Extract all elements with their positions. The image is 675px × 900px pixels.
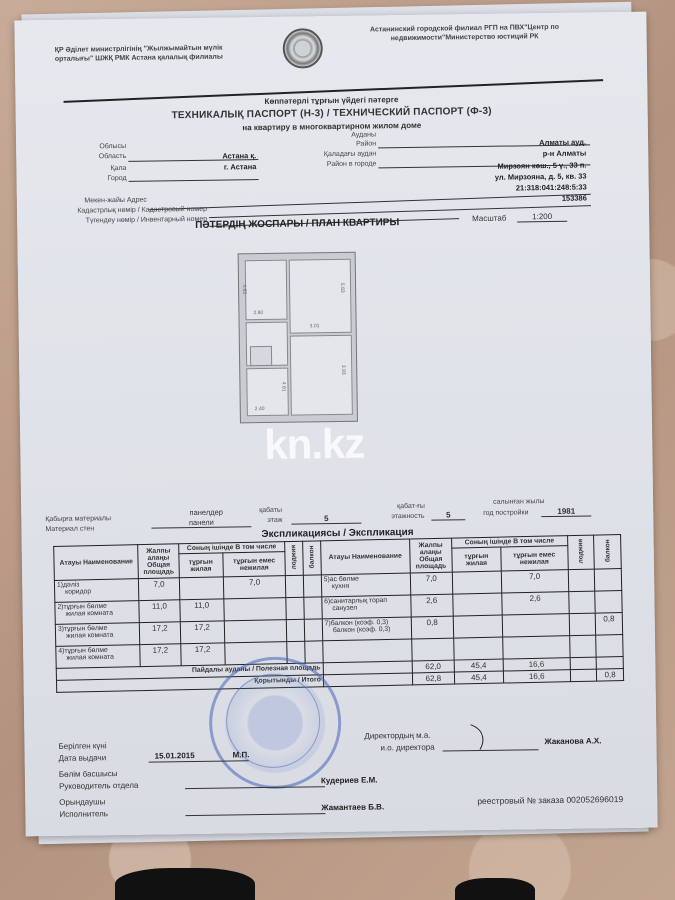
header-org-ru: Астанинский городской филиал РГП на ПВХ"… bbox=[354, 23, 574, 44]
year-label-ru: год постройки bbox=[483, 509, 528, 517]
dept-head-label-ru: Руководитель отдела bbox=[59, 781, 139, 791]
year-value: 1981 bbox=[541, 506, 591, 517]
city-district-label-ru: Район в городе bbox=[286, 160, 376, 168]
wall-material-value-ru: панели bbox=[151, 517, 251, 528]
floors-value: 5 bbox=[431, 510, 465, 520]
background-object bbox=[455, 878, 535, 900]
oblys-value: Астана қ. bbox=[166, 151, 256, 161]
room-name: 5)ас бөлмекухня bbox=[321, 573, 410, 597]
background-object bbox=[115, 868, 255, 900]
executor-label-ru: Исполнитель bbox=[59, 809, 108, 819]
issue-date-label-kz: Берілген күні bbox=[58, 741, 106, 751]
floors-label-kz: қабат-ғы bbox=[397, 503, 425, 510]
dept-head-name: Кудериев Е.М. bbox=[321, 775, 378, 785]
room-name: 6)санитарлық торапсанузел bbox=[322, 595, 411, 619]
header-org-kz: ҚР Әділет министрлігінің "Жылжымайтын мү… bbox=[55, 43, 255, 64]
city-label-kz: Қала bbox=[56, 165, 126, 173]
room-name: 1)дәлізкоридор bbox=[54, 579, 139, 603]
mp-mark: М.П. bbox=[233, 750, 250, 759]
dept-head-label-kz: Бөлім басшысы bbox=[59, 769, 118, 779]
scale-label: Масштаб bbox=[472, 214, 506, 223]
floors-label-ru: этажность bbox=[391, 513, 424, 520]
floor-label-ru: этаж bbox=[267, 517, 282, 524]
oblys-label-kz: Облысы bbox=[56, 143, 126, 151]
city-district-label-kz: Қаладағы аудан bbox=[286, 150, 376, 158]
city-district-value: р-н Алматы bbox=[456, 148, 586, 159]
cadastral-label: Кадастрлық нөмір / Кадастровый номер bbox=[37, 206, 207, 215]
technical-passport-document: ҚР Әділет министрлігінің "Жылжымайтын мү… bbox=[14, 12, 657, 837]
bathroom bbox=[250, 346, 272, 366]
director-signature bbox=[417, 715, 490, 776]
issue-date-value: 15.01.2015 bbox=[155, 751, 195, 761]
kitchen bbox=[246, 368, 289, 417]
executor-label-kz: Орындаушы bbox=[59, 797, 105, 807]
director-label-kz: Директордың м.а. bbox=[364, 731, 430, 741]
address-value-ru: ул. Мирзояна, д. 5, кв. 33 bbox=[417, 171, 587, 182]
room-2 bbox=[245, 260, 288, 321]
city-label-ru: Город bbox=[57, 175, 127, 183]
address-label: Мекен-жайы Адрес bbox=[37, 197, 147, 206]
floor-value: 5 bbox=[291, 514, 361, 525]
room-3 bbox=[289, 259, 352, 334]
explication-table: Атауы Наименование Жалпы алаңы Общая пло… bbox=[53, 534, 624, 693]
room-name: 2)тұрғын бөлмежилая комната bbox=[55, 601, 140, 625]
floor-plan: 4.83 2.80 3.01 2.40 5.83 3.93 4.91 bbox=[238, 252, 358, 424]
director-name: Жаканова А.Х. bbox=[544, 736, 601, 746]
state-emblem-icon bbox=[282, 28, 323, 69]
room-name: 4)тұрғын бөлмежилая комната bbox=[56, 645, 141, 669]
registry-order-number: реестровый № заказа 002052696019 bbox=[477, 794, 623, 806]
cadastral-value: 21:318:041:248:5:33 bbox=[417, 182, 587, 193]
watermark: kn.kz bbox=[264, 420, 365, 469]
official-seal-stamp bbox=[208, 656, 342, 790]
room-4 bbox=[290, 335, 353, 416]
room-name: 7)балкон (коэф. 0,3)балкон (коэф. 0,3) bbox=[322, 617, 411, 641]
raion-value: Алматы ауд. bbox=[456, 137, 586, 148]
executor-name: Жамантаев Б.В. bbox=[321, 802, 384, 812]
room-name: 3)тұрғын бөлмежилая комната bbox=[55, 623, 140, 647]
raion-label: Район bbox=[286, 140, 376, 148]
wall-material-value-kz: панелдер bbox=[171, 507, 241, 517]
scale-value: 1:200 bbox=[517, 212, 567, 223]
room-name bbox=[322, 639, 411, 663]
year-label-kz: салынған жылы bbox=[493, 498, 545, 506]
wall-material-label-kz: Қабырға материалы bbox=[45, 515, 111, 523]
audany-label: Ауданы bbox=[286, 131, 376, 139]
floor-label-kz: қабаты bbox=[259, 507, 282, 514]
issue-date-label-ru: Дата выдачи bbox=[59, 753, 107, 763]
address-value-kz: Мирзоян көш., 5 ү., 33 п. bbox=[416, 160, 586, 171]
oblys-label-ru: Область bbox=[56, 153, 126, 161]
city-value: г. Астана bbox=[166, 162, 256, 172]
